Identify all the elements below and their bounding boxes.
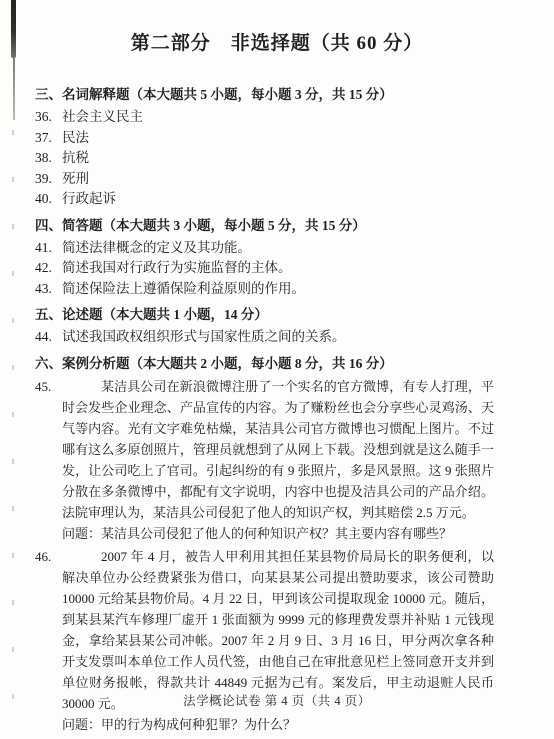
question-number: 38.: [35, 148, 62, 168]
question-number: 43.: [35, 279, 62, 299]
scan-edge-artifact: [12, 130, 14, 710]
question-text: 抗税: [62, 148, 89, 168]
question-number: 40.: [35, 189, 62, 209]
page-title: 第二部分 非选择题（共 60 分）: [0, 0, 554, 55]
question-item-38: 38. 抗税: [35, 148, 494, 168]
question-number: 42.: [35, 258, 62, 278]
question-text: 死刑: [62, 169, 89, 189]
question-item-41: 41. 简述法律概念的定义及其功能。: [35, 238, 494, 258]
exam-content: 三、名词解释题（本大题共 5 小题，每小题 3 分，共 15 分） 36. 社会…: [35, 78, 494, 737]
question-item-44: 44. 试述我国政权组织形式与国家性质之间的关系。: [35, 327, 494, 347]
question-number: 44.: [35, 327, 62, 347]
question-text: 简述保险法上遵循保险利益原则的作用。: [62, 279, 305, 299]
question-number: 39.: [35, 169, 62, 189]
case-question: 问题：某洁具公司侵犯了他人的何种知识产权？其主要内容有哪些？: [62, 523, 494, 544]
case-question: 问题：甲的行为构成何种犯罪？为什么？: [62, 714, 494, 735]
question-item-43: 43. 简述保险法上遵循保险利益原则的作用。: [35, 279, 494, 299]
case-description: 2007 年 4 月，被告人甲利用其担任某县物价局局长的职务便利，以解决单位办公…: [62, 546, 494, 714]
question-text: 民法: [62, 128, 89, 148]
scan-binding-tail: [13, 58, 15, 120]
case-item-45: 45. 某洁具公司在新浪微博注册了一个实名的官方微博，有专人打理，平时会发些企业…: [35, 376, 494, 544]
section-heading-definitions: 三、名词解释题（本大题共 5 小题，每小题 3 分，共 15 分）: [35, 85, 494, 104]
question-item-36: 36. 社会主义民主: [35, 107, 494, 127]
question-number: 45.: [35, 376, 62, 544]
question-text: 社会主义民主: [62, 107, 143, 127]
question-text: 试述我国政权组织形式与国家性质之间的关系。: [62, 327, 346, 347]
scan-binding-mark: [11, 0, 16, 58]
section-heading-case-analysis: 六、案例分析题（本大题共 2 小题，每小题 8 分，共 16 分）: [35, 354, 494, 373]
page-footer: 法学概论试卷 第 4 页（共 4 页）: [0, 691, 554, 709]
question-text: 简述我国对行政行为实施监督的主体。: [62, 258, 292, 278]
case-description: 某洁具公司在新浪微博注册了一个实名的官方微博，有专人打理，平时会发些企业理念、产…: [62, 376, 494, 523]
question-number: 36.: [35, 107, 62, 127]
question-text: 行政起诉: [62, 189, 116, 209]
question-text: 简述法律概念的定义及其功能。: [62, 238, 251, 258]
question-number: 41.: [35, 238, 62, 258]
section-heading-short-answer: 四、简答题（本大题共 3 小题，每小题 5 分，共 15 分）: [35, 216, 494, 235]
case-body: 某洁具公司在新浪微博注册了一个实名的官方微博，有专人打理，平时会发些企业理念、产…: [62, 376, 494, 544]
question-number: 37.: [35, 128, 62, 148]
exam-page: 第二部分 非选择题（共 60 分） 三、名词解释题（本大题共 5 小题，每小题 …: [0, 0, 554, 739]
section-heading-essay: 五、论述题（本大题共 1 小题，14 分）: [35, 305, 494, 324]
question-item-40: 40. 行政起诉: [35, 189, 494, 209]
question-item-37: 37. 民法: [35, 128, 494, 148]
question-item-39: 39. 死刑: [35, 169, 494, 189]
question-item-42: 42. 简述我国对行政行为实施监督的主体。: [35, 258, 494, 278]
